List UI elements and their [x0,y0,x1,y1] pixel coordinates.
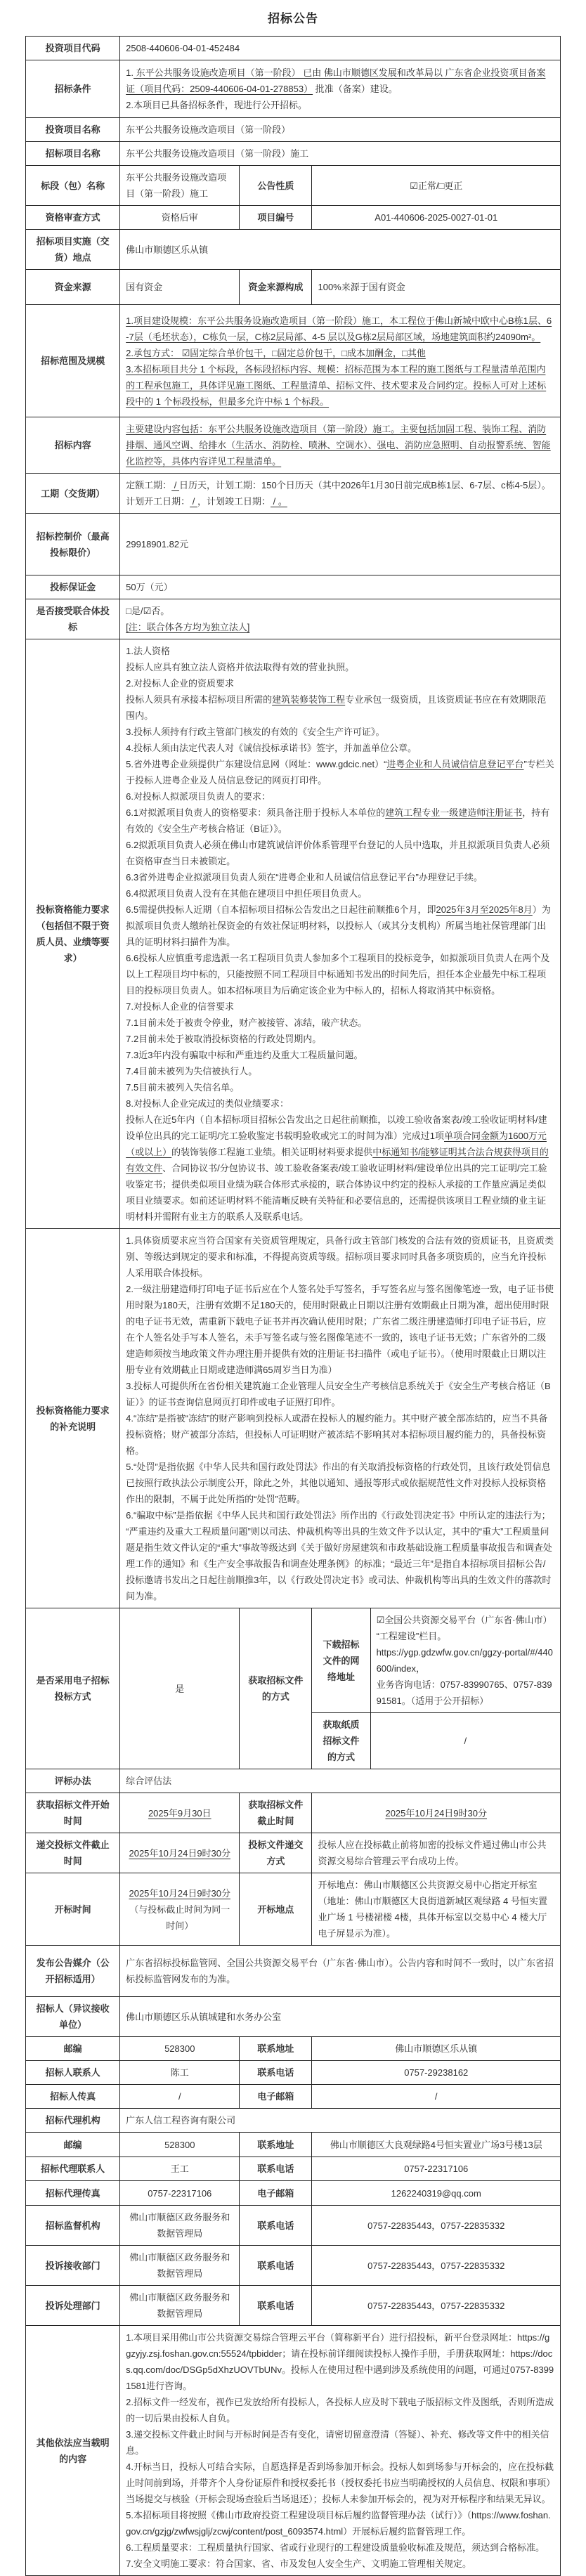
value-electronic-bidding: 是 [120,1608,240,1769]
value-qualification-supplement: 1.具体资质要求应当符合国家有关资质管理规定，具备行政主管部门核发的合法有效的资… [120,1229,561,1608]
table-row: 招标代理传真 0757-22317106 电子邮箱 1262240319@qq.… [26,2181,561,2206]
value-fund-source: 国有资金 [120,270,240,305]
paragraph: 3.投标人须持有行政主管部门核发的有效的《安全生产许可证》。 [126,724,554,740]
table-row: 投诉接收部门 佛山市顺德区政务服务和数据管理局 联系电话 0757-228354… [26,2246,561,2286]
tender-table: 投资项目代码 2508-440606-04-01-452484 招标条件 1. … [25,36,561,2576]
label-obtain-documents-method: 获取招标文件的方式 [240,1608,312,1769]
label-evaluation-method: 评标办法 [26,1769,120,1793]
value-tenderer-phone: 0757-29238162 [312,2061,561,2085]
paragraph: 4.“冻结”是指被“冻结”的财产影响到投标人或潜在投标人的履约能力。其中财产被全… [126,1410,554,1459]
label-duration: 工期（交货期） [26,474,120,514]
paragraph: 投标人在近5年内（自本招标项目招标公告发出之日起往前顺推，以竣工验收备案表/竣工… [126,1112,554,1225]
paragraph: 6.4拟派项目负责人没有在其他在建项目中担任项目负责人。 [126,885,554,902]
value-complaint-handling-phone: 0757-22835443，0757-22835332 [312,2286,561,2326]
paragraph: 投标人须具有承接本招标项目所需的建筑装修装饰工程专业承包一级资质，且该资质证书应… [126,691,554,724]
paragraph: 1. 东平公共服务设施改造项目（第一阶段） 已由 佛山市顺德区发展和改革局以 广… [126,65,554,97]
paragraph: 2.招标文件一经发布，视作已发放给所有投标人，各投标人应及时下载电子版招标文件及… [126,2394,554,2426]
value-agency: 广东人信工程咨询有限公司 [120,2109,561,2133]
label-tender-scope: 招标范围及规模 [26,305,120,417]
paragraph: 主要建设内容包括：东平公共服务设施改造项目（第一阶段）施工。主要包括加固工程、装… [126,421,554,469]
label-complaint-handling-phone: 联系电话 [240,2286,312,2326]
value-tender-project-name: 东平公共服务设施改造项目（第一阶段）施工 [120,142,561,166]
label-agency-postcode: 邮编 [26,2133,120,2157]
paragraph: 7.安全文明施工要求：符合国家、省、市及发包人安全生产、文明施工管理相关规定。 [126,2556,554,2572]
value-delivery-location: 佛山市顺德区乐从镇 [120,230,561,270]
paragraph: 2.对投标人企业的资质要求 [126,675,554,691]
paragraph: 7.4目前未被列为失信被执行人。 [126,1063,554,1079]
label-bid-bond: 投标保证金 [26,575,120,599]
value-complaint-receiving-phone: 0757-22835443，0757-22835332 [312,2246,561,2286]
paragraph: 2.一级注册建造师打印电子证书后应在个人签名处手写签名，手写签名应与签名图像笔迹… [126,1281,554,1378]
paragraph: 5.本招标项目将按照《佛山市政府投资工程建设项目标后履约监督管理办法（试行）》（… [126,2507,554,2539]
label-announcement-media: 发布公告媒介（公开招标适用） [26,1946,120,1997]
value-paper-documents-method: / [370,1713,560,1769]
value-bid-bond: 50万（元） [120,575,561,599]
value-tender-scope: 1.项目建设规模：东平公共服务设施改造项目（第一阶段）施工，本工程位于佛山新城中… [120,305,561,417]
opening-time-value: 2025年10月24日9时30分 [126,1885,233,1901]
label-tenderer-fax: 招标人传真 [26,2085,120,2109]
value-tenderer: 佛山市顺德区乐从镇城建和水务办公室 [120,1997,561,2037]
table-row: 投标资格能力要求的补充说明 1.具体资质要求应当符合国家有关资质管理规定，具备行… [26,1229,561,1608]
paragraph: 4.开标当日，投标人可结合实际，自愿选择是否到场参加开标会。投标人如到场参与开标… [126,2459,554,2507]
value-complaint-handling: 佛山市顺德区政务服务和数据管理局 [120,2286,240,2326]
table-row: 工期（交货期） 定额工期： / 日历天，计划工期：150个日历天（其中2026年… [26,474,561,514]
table-row: 投标资格能力要求（包括但不限于资质人员、业绩等要求） 1.法人资格投标人应具有独… [26,639,561,1229]
paragraph: 3.投标人可提供所在省份相关建筑施工企业管理人员安全生产考核信息系统关于《安全生… [126,1378,554,1410]
label-agency-email: 电子邮箱 [240,2181,312,2206]
label-project-number: 项目编号 [240,206,312,230]
table-row: 招标项目名称 东平公共服务设施改造项目（第一阶段）施工 [26,142,561,166]
label-paper-documents-method: 获取纸质招标文件的方式 [312,1713,370,1769]
label-agency-phone: 联系电话 [240,2157,312,2181]
value-supervision-phone: 0757-22835443，0757-22835332 [312,2206,561,2246]
table-row: 招标代理联系人 王工 联系电话 0757-22317106 [26,2157,561,2181]
value-tenderer-email: / [312,2085,561,2109]
paragraph: https://ygp.gdzwfw.gov.cn/ggzy-portal/#/… [377,1644,554,1677]
label-tenderer-email: 电子邮箱 [240,2085,312,2109]
table-row: 其他依法应当载明的内容 1.本项目采用佛山市公共资源交易综合管理云平台（简称新平… [26,2326,561,2576]
value-fund-composition: 100%来源于国有资金 [312,270,561,305]
paragraph: 6.3省外进粤企业拟派项目负责人须在“进粤企业和人员诚信信息登记平台”办理登记手… [126,869,554,885]
label-agency-fax: 招标代理传真 [26,2181,120,2206]
paragraph: 1.项目建设规模：东平公共服务设施改造项目（第一阶段）施工，本工程位于佛山新城中… [126,313,554,345]
paragraph: ☑全国公共资源交易平台（广东省·佛山市）“工程建设”栏目。 [377,1612,554,1644]
paragraph: 7.5目前未被列入失信名单。 [126,1079,554,1095]
label-doc-obtain-deadline: 获取招标文件截止时间 [240,1793,312,1833]
table-row: 发布公告媒介（公开招标适用） 广东省招标投标监管网、全国公共资源交易平台（广东省… [26,1946,561,1997]
label-complaint-handling: 投诉处理部门 [26,2286,120,2326]
table-row: 招标代理机构 广东人信工程咨询有限公司 [26,2109,561,2133]
label-fund-source: 资金来源 [26,270,120,305]
table-row: 招标人联系人 陈工 联系电话 0757-29238162 [26,2061,561,2085]
label-tender-content: 招标内容 [26,417,120,474]
label-tenderer-contact: 招标人联系人 [26,2061,120,2085]
table-row: 招标项目实施（交货）地点 佛山市顺德区乐从镇 [26,230,561,270]
label-qualification-review: 资格审查方式 [26,206,120,230]
paragraph: [注：联合体各方均为独立法人] [126,619,554,635]
paragraph: 定额工期： / 日历天，计划工期：150个日历天（其中2026年1月30日前完成… [126,477,554,509]
table-row: 标段（包）名称 东平公共服务设施改造项目（第一阶段）施工 公告性质 ☑正常/□更… [26,166,561,206]
table-row: 投诉处理部门 佛山市顺德区政务服务和数据管理局 联系电话 0757-228354… [26,2286,561,2326]
value-section-name: 东平公共服务设施改造项目（第一阶段）施工 [120,166,240,206]
paragraph: □是/☑否。 [126,603,554,619]
value-doc-obtain-deadline: 2025年10月24日9时30分 [312,1793,561,1833]
table-row: 邮编 528300 联系地址 佛山市顺德区大良观绿路4号恒实置业广场3号楼13层 [26,2133,561,2157]
label-supervision-agency: 招标监督机构 [26,2206,120,2246]
table-row: 邮编 528300 联系地址 佛山市顺德区乐从镇 [26,2037,561,2061]
table-row: 招标条件 1. 东平公共服务设施改造项目（第一阶段） 已由 佛山市顺德区发展和改… [26,60,561,118]
label-doc-obtain-start: 获取招标文件开始时间 [26,1793,120,1833]
value-duration: 定额工期： / 日历天，计划工期：150个日历天（其中2026年1月30日前完成… [120,474,561,514]
page-title: 招标公告 [0,8,586,26]
paragraph: 6.工程质量要求：工程质量执行国家、省或行业现行的工程建设质量验收标准及规范，须… [126,2539,554,2556]
label-tenderer: 招标人（异议接收单位） [26,1997,120,2037]
value-qualification-review: 资格后审 [120,206,240,230]
label-fund-composition: 资金来源构成 [240,270,312,305]
value-opening-time: 2025年10月24日9时30分 （与投标截止时间为同一时间） [120,1873,240,1946]
value-tenderer-postcode: 528300 [120,2037,240,2061]
paragraph: 6.“骗取中标”是指依据《中华人民共和国行政处罚法》所作出的《行政处罚决定书》中… [126,1507,554,1604]
paragraph: 7.3近3年内没有骗取中标和严重违约及重大工程质量问题。 [126,1047,554,1063]
label-announcement-nature: 公告性质 [240,166,312,206]
paragraph: 1.具体资质要求应当符合国家有关资质管理规定，具备行政主管部门核发的合法有效的资… [126,1232,554,1281]
label-tender-conditions: 招标条件 [26,60,120,118]
tender-announcement-page: 招标公告 投资项目代码 2508-440606-04-01-452484 招标条… [0,0,586,2576]
paragraph: 6.对投标人拟派项目负责人的要求： [126,788,554,805]
label-delivery-location: 招标项目实施（交货）地点 [26,230,120,270]
table-row: 评标办法 综合评估法 [26,1769,561,1793]
label-section-name: 标段（包）名称 [26,166,120,206]
value-project-number: A01-440606-2025-0027-01-01 [312,206,561,230]
paragraph: 7.对投标人企业的信誉要求 [126,998,554,1015]
label-tenderer-phone: 联系电话 [240,2061,312,2085]
table-row: 招标范围及规模 1.项目建设规模：东平公共服务设施改造项目（第一阶段）施工，本工… [26,305,561,417]
value-other-required-content: 1.本项目采用佛山市公共资源交易综合管理云平台（简称新平台）进行招投标，新平台登… [120,2326,561,2576]
paragraph: 6.1对拟派项目负责人的资格要求：须具备注册于投标人本单位的建筑工程专业一级建造… [126,805,554,837]
value-investment-code: 2508-440606-04-01-452484 [120,37,561,60]
value-tender-content: 主要建设内容包括：东平公共服务设施改造项目（第一阶段）施工。主要包括加固工程、装… [120,417,561,474]
table-row: 招标监督机构 佛山市顺德区政务服务和数据管理局 联系电话 0757-228354… [26,2206,561,2246]
value-opening-place: 开标地点：佛山市顺德区公共资源交易中心指定开标室（地址：佛山市顺德区大良街道新城… [312,1873,561,1946]
paragraph: 投标人应具有独立法人资格并依法取得有效的营业执照。 [126,659,554,675]
table-row: 招标人传真 / 电子邮箱 / [26,2085,561,2109]
paragraph: 业务咨询电话：0757-83990765、0757-83991581。（适用于公… [377,1677,554,1709]
paragraph: 4.投标人须由法定代表人对《诚信投标承诺书》签字，并加盖单位公章。 [126,740,554,756]
table-row: 递交投标文件截止时间 2025年10月24日9时30分 投标文件递交方式 投标人… [26,1833,561,1873]
value-agency-contact: 王工 [120,2157,240,2181]
label-submission-deadline: 递交投标文件截止时间 [26,1833,120,1873]
paragraph: 2.承包方式： ☑固定综合单价包干，□固定总价包干，□成本加酬金，□其他 [126,345,554,361]
label-opening-time: 开标时间 [26,1873,120,1946]
paragraph: 8.对投标人企业完成过的类似业绩要求： [126,1095,554,1112]
value-agency-email: 1262240319@qq.com [312,2181,561,2206]
label-investment-code: 投资项目代码 [26,37,120,60]
value-tenderer-address: 佛山市顺德区乐从镇 [312,2037,561,2061]
table-row: 投资项目代码 2508-440606-04-01-452484 [26,37,561,60]
value-download-address: ☑全国公共资源交易平台（广东省·佛山市）“工程建设”栏目。https://ygp… [370,1608,560,1713]
label-agency-address: 联系地址 [240,2133,312,2157]
value-announcement-nature: ☑正常/□更正 [312,166,561,206]
paragraph: 1.本项目采用佛山市公共资源交易综合管理云平台（简称新平台）进行招投标，新平台登… [126,2329,554,2394]
label-consortium-bid: 是否接受联合体投标 [26,599,120,639]
paragraph: 7.1目前未处于被责令停业，财产被接管、冻结，破产状态。 [126,1015,554,1031]
table-row: 投标保证金 50万（元） [26,575,561,599]
value-agency-address: 佛山市顺德区大良观绿路4号恒实置业广场3号楼13层 [312,2133,561,2157]
paragraph: 7.2目前未处于被取消投标资格的行政处罚期内。 [126,1031,554,1047]
paragraph: 3.本招标项目共分 1 个标段，各标段招标内容、规模：招标范围为本工程的施工图纸… [126,361,554,410]
label-tenderer-postcode: 邮编 [26,2037,120,2061]
table-row: 投资项目名称 东平公共服务设施改造项目（第一阶段） [26,118,561,142]
value-qualification-requirements: 1.法人资格投标人应具有独立法人资格并依法取得有效的营业执照。2.对投标人企业的… [120,639,561,1229]
value-evaluation-method: 综合评估法 [120,1769,561,1793]
label-agency: 招标代理机构 [26,2109,120,2133]
label-agency-contact: 招标代理联系人 [26,2157,120,2181]
label-tenderer-address: 联系地址 [240,2037,312,2061]
table-row: 获取招标文件开始时间 2025年9月30日 获取招标文件截止时间 2025年10… [26,1793,561,1833]
label-supervision-phone: 联系电话 [240,2206,312,2246]
value-investment-project-name: 东平公共服务设施改造项目（第一阶段） [120,118,561,142]
label-complaint-receiving: 投诉接收部门 [26,2246,120,2286]
table-row: 开标时间 2025年10月24日9时30分 （与投标截止时间为同一时间） 开标地… [26,1873,561,1946]
value-submission-method: 投标人应在投标截止前将加密的投标文件通过佛山市公共资源交易综合管理云平台成功上传… [312,1833,561,1873]
value-agency-fax: 0757-22317106 [120,2181,240,2206]
paragraph: 6.5需提供投标人近期（自本招标项目招标公告发出之日起往前顺推6个月，即2025… [126,902,554,950]
label-other-required-content: 其他依法应当载明的内容 [26,2326,120,2576]
paragraph: 6.6投标人应慎重考虑选派一名工程项目负责人参加多个工程项目的投标竞争，如拟派项… [126,950,554,998]
value-control-price: 29918901.82元 [120,514,561,575]
paragraph: 6.2拟派项目负责人必须在佛山市建筑诚信评价体系管理平台登记的人员中选取，并且拟… [126,837,554,869]
table-row: 招标人（异议接收单位） 佛山市顺德区乐从镇城建和水务办公室 [26,1997,561,2037]
value-agency-phone: 0757-22317106 [312,2157,561,2181]
label-download-address: 下载招标文件的网络地址 [312,1608,370,1713]
table-row: 招标控制价（最高投标限价） 29918901.82元 [26,514,561,575]
opening-time-note: （与投标截止时间为同一时间） [126,1901,233,1934]
value-announcement-media: 广东省招标投标监管网、全国公共资源交易平台（广东省·佛山市）。公告内容和时间不一… [120,1946,561,1997]
value-doc-obtain-start: 2025年9月30日 [120,1793,240,1833]
label-qualification-supplement: 投标资格能力要求的补充说明 [26,1229,120,1608]
value-complaint-receiving: 佛山市顺德区政务服务和数据管理局 [120,2246,240,2286]
table-row: 招标内容 主要建设内容包括：东平公共服务设施改造项目（第一阶段）施工。主要包括加… [26,417,561,474]
paragraph: 5.“处罚”是指依据《中华人民共和国行政处罚法》作出的有关取消投标资格的行政处罚… [126,1459,554,1507]
value-supervision-agency: 佛山市顺德区政务服务和数据管理局 [120,2206,240,2246]
label-complaint-receiving-phone: 联系电话 [240,2246,312,2286]
label-investment-project-name: 投资项目名称 [26,118,120,142]
label-submission-method: 投标文件递交方式 [240,1833,312,1873]
table-row: 是否接受联合体投标 □是/☑否。[注：联合体各方均为独立法人] [26,599,561,639]
paragraph: 5.省外进粤企业须提供广东建设信息网（网址：www.gdcic.net）“进粤企… [126,756,554,788]
value-tender-conditions: 1. 东平公共服务设施改造项目（第一阶段） 已由 佛山市顺德区发展和改革局以 广… [120,60,561,118]
value-tenderer-fax: / [120,2085,240,2109]
label-control-price: 招标控制价（最高投标限价） [26,514,120,575]
table-row: 资金来源 国有资金 资金来源构成 100%来源于国有资金 [26,270,561,305]
label-opening-place: 开标地点 [240,1873,312,1946]
paragraph: 2.本项目已具备招标条件，现进行公开招标。 [126,97,554,113]
value-agency-postcode: 528300 [120,2133,240,2157]
table-row: 资格审查方式 资格后审 项目编号 A01-440606-2025-0027-01… [26,206,561,230]
table-row: 是否采用电子招标投标方式 是 获取招标文件的方式 下载招标文件的网络地址 ☑全国… [26,1608,561,1713]
value-consortium-bid: □是/☑否。[注：联合体各方均为独立法人] [120,599,561,639]
label-qualification-requirements: 投标资格能力要求（包括但不限于资质人员、业绩等要求） [26,639,120,1229]
value-tenderer-contact: 陈工 [120,2061,240,2085]
label-electronic-bidding: 是否采用电子招标投标方式 [26,1608,120,1769]
paragraph: 1.法人资格 [126,643,554,659]
paragraph: 3.递交投标文件截止时间与开标时间是否有变化，请密切留意澄清（答疑）、补充、修改… [126,2426,554,2459]
value-submission-deadline: 2025年10月24日9时30分 [120,1833,240,1873]
label-tender-project-name: 招标项目名称 [26,142,120,166]
